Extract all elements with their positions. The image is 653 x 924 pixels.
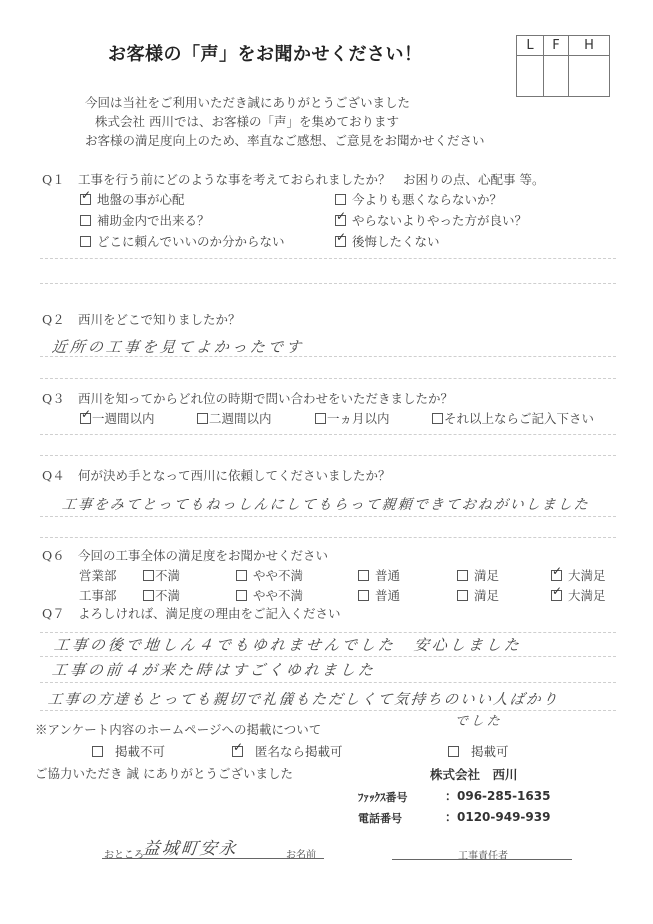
scale-label: 不満: [155, 568, 180, 583]
manager-line: [392, 859, 572, 860]
q7-number: Q７: [42, 604, 78, 622]
fax-number: ：096-285-1635: [445, 787, 550, 804]
publication-option-2[interactable]: 匿名なら掲載可: [232, 742, 343, 760]
q6-construction-option-3[interactable]: 普通: [358, 586, 400, 604]
lfh-cell-h[interactable]: [569, 56, 609, 96]
scale-label: やや不満: [253, 588, 303, 603]
q3-option-label: 二週間以内: [209, 411, 272, 426]
q3-question: Q３西川を知ってからどれ位の時期で問い合わせをいただきましたか？: [42, 389, 453, 407]
checkbox-checked-icon[interactable]: [551, 570, 562, 581]
checkbox-checked-icon[interactable]: [551, 590, 562, 601]
q1-option-label: 後悔したくない: [352, 234, 440, 249]
answer-rule: [40, 283, 616, 284]
q1-option-label: 今よりも悪くならないか？: [352, 192, 502, 207]
checkbox-checked-icon[interactable]: [232, 746, 243, 757]
q2-answer[interactable]: 近所の工事を見てよかったです: [51, 336, 305, 357]
answer-rule: [40, 682, 616, 683]
publication-option-3[interactable]: 掲載可: [448, 742, 509, 760]
checkbox-icon[interactable]: [335, 194, 346, 205]
company-name: 株式会社 西川: [430, 765, 518, 783]
publication-option-label: 掲載不可: [115, 744, 165, 759]
q3-option-2[interactable]: 二週間以内: [197, 409, 272, 427]
lfh-cell-f[interactable]: [544, 56, 569, 96]
intro-line-1: 今回は当社をご利用いただき誠にありがとうございました: [85, 93, 410, 111]
scale-label: 満足: [474, 588, 499, 603]
tel-number: ：0120-949-939: [445, 808, 550, 825]
q6-construction-option-1[interactable]: 不満: [143, 586, 180, 604]
q6-sales-option-3[interactable]: 普通: [358, 566, 400, 584]
q7-text: よろしければ、満足度の理由をご記入ください: [78, 606, 341, 621]
answer-rule: [40, 710, 616, 711]
form-title: お客様の「声」をお聞かせください！: [108, 40, 423, 66]
checkbox-checked-icon[interactable]: [335, 215, 346, 226]
q3-option-label: 一ヵ月以内: [327, 411, 390, 426]
answer-rule: [40, 258, 616, 259]
scale-label: 普通: [375, 588, 400, 603]
fax-label: ﾌｧｯｸｽ番号: [358, 789, 408, 805]
checkbox-icon[interactable]: [457, 590, 468, 601]
q6-dept-sales: 営業部: [79, 566, 117, 584]
q1-text: 工事を行う前にどのような事を考えておられましたか？ お困りの点、心配事 等。: [78, 172, 544, 187]
address-field[interactable]: 益城町安永: [142, 834, 240, 859]
scale-label: 普通: [375, 568, 400, 583]
checkbox-icon[interactable]: [236, 570, 247, 581]
q7-answer-line-3[interactable]: 工事の方達もとっても親切で礼儀もただしくて気持ちのいい人ばかり: [47, 688, 560, 709]
checkbox-checked-icon[interactable]: [80, 413, 91, 424]
q6-sales-option-5[interactable]: 大満足: [551, 566, 606, 584]
q6-sales-option-1[interactable]: 不満: [143, 566, 180, 584]
q1-option-1[interactable]: 地盤の事が心配: [80, 190, 185, 208]
checkbox-icon[interactable]: [80, 215, 91, 226]
q1-option-label: どこに頼んでいいのか分からない: [97, 234, 285, 249]
checkbox-icon[interactable]: [432, 413, 443, 424]
q6-sales-option-2[interactable]: やや不満: [236, 566, 303, 584]
thanks-text: ご協力いただき 誠 にありがとうございました: [35, 764, 293, 782]
q6-number: Q６: [42, 546, 78, 564]
answer-rule: [40, 632, 616, 633]
q1-option-5[interactable]: どこに頼んでいいのか分からない: [80, 232, 285, 250]
q1-number: Q１: [42, 170, 78, 188]
q1-option-label: 地盤の事が心配: [97, 192, 185, 207]
q6-question: Q６今回の工事全体の満足度をお聞かせください: [42, 546, 328, 564]
checkbox-icon[interactable]: [358, 590, 369, 601]
lfh-header-l: L: [517, 36, 544, 56]
answer-rule: [40, 378, 616, 379]
q3-option-4[interactable]: それ以上ならご記入下さい: [432, 409, 594, 427]
q3-number: Q３: [42, 389, 78, 407]
lfh-cell-l[interactable]: [517, 56, 544, 96]
scale-label: 大満足: [568, 588, 606, 603]
publication-question: ※アンケート内容のホームページへの掲載について: [35, 720, 321, 738]
lfh-header-h: H: [569, 36, 609, 56]
answer-rule: [40, 537, 616, 538]
intro-line-3: お客様の満足度向上のため、率直なご感想、ご意見をお聞かせください: [85, 131, 485, 149]
q6-construction-option-4[interactable]: 満足: [457, 586, 499, 604]
q7-answer-line-2[interactable]: 工事の前４が来た時はすごくゆれました: [51, 659, 377, 680]
q1-option-label: 補助金内で出来る？: [97, 213, 210, 228]
checkbox-checked-icon[interactable]: [335, 236, 346, 247]
q2-text: 西川をどこで知りましたか？: [78, 312, 241, 327]
q6-construction-option-2[interactable]: やや不満: [236, 586, 303, 604]
q6-text: 今回の工事全体の満足度をお聞かせください: [78, 548, 328, 563]
checkbox-icon[interactable]: [457, 570, 468, 581]
lfh-header-f: F: [544, 36, 569, 56]
publication-option-1[interactable]: 掲載不可: [92, 742, 165, 760]
q1-question: Q１工事を行う前にどのような事を考えておられましたか？ お困りの点、心配事 等。: [42, 170, 544, 188]
q3-option-1[interactable]: 一週間以内: [80, 409, 155, 427]
q6-dept-construction: 工事部: [79, 586, 117, 604]
q6-construction-option-5[interactable]: 大満足: [551, 586, 606, 604]
q3-text: 西川を知ってからどれ位の時期で問い合わせをいただきましたか？: [78, 391, 453, 406]
answer-rule: [40, 656, 616, 657]
q1-option-6[interactable]: 後悔したくない: [335, 232, 440, 250]
checkbox-icon[interactable]: [236, 590, 247, 601]
q3-option-label: 一週間以内: [92, 411, 155, 426]
checkbox-icon[interactable]: [358, 570, 369, 581]
lfh-box: L F H: [516, 35, 610, 97]
q2-question: Q２西川をどこで知りましたか？: [42, 310, 241, 328]
q1-option-label: やらないよりやった方が良い？: [352, 213, 527, 228]
scale-label: 大満足: [568, 568, 606, 583]
intro-line-2: 株式会社 西川では、お客様の「声」を集めております: [95, 112, 399, 130]
publication-option-label: 匿名なら掲載可: [255, 744, 343, 759]
q1-option-4[interactable]: やらないよりやった方が良い？: [335, 211, 527, 229]
publication-option-label: 掲載可: [471, 744, 509, 759]
checkbox-icon[interactable]: [143, 570, 154, 581]
answer-rule: [40, 516, 616, 517]
answer-rule: [40, 434, 616, 435]
checkbox-icon[interactable]: [80, 236, 91, 247]
address-name-line: [102, 858, 324, 859]
checkbox-icon[interactable]: [92, 746, 103, 757]
tel-label: 電話番号: [358, 810, 402, 826]
q7-question: Q７よろしければ、満足度の理由をご記入ください: [42, 604, 341, 622]
q4-text: 何が決め手となって西川に依頼してくださいましたか？: [78, 468, 391, 483]
q3-option-label: それ以上ならご記入下さい: [444, 411, 594, 426]
answer-rule: [40, 455, 616, 456]
scale-label: やや不満: [253, 568, 303, 583]
q4-number: Q４: [42, 466, 78, 484]
q1-option-2[interactable]: 今よりも悪くならないか？: [335, 190, 502, 208]
q4-question: Q４何が決め手となって西川に依頼してくださいましたか？: [42, 466, 391, 484]
q7-answer-line-1[interactable]: 工事の後で地しん４でもゆれませんでした 安心しました: [53, 634, 523, 655]
scale-label: 満足: [474, 568, 499, 583]
q1-option-3[interactable]: 補助金内で出来る？: [80, 211, 210, 229]
scale-label: 不満: [155, 588, 180, 603]
checkbox-icon[interactable]: [448, 746, 459, 757]
q6-sales-option-4[interactable]: 満足: [457, 566, 499, 584]
q4-answer[interactable]: 工事をみてとってもねっしんにしてもらって親頼できておねがいしました: [61, 494, 591, 514]
checkbox-icon[interactable]: [315, 413, 326, 424]
checkbox-icon[interactable]: [197, 413, 208, 424]
q2-number: Q２: [42, 310, 78, 328]
checkbox-icon[interactable]: [143, 590, 154, 601]
checkbox-checked-icon[interactable]: [80, 194, 91, 205]
q7-answer-line-4[interactable]: でした: [454, 710, 504, 729]
q3-option-3[interactable]: 一ヵ月以内: [315, 409, 390, 427]
answer-rule: [40, 356, 616, 357]
